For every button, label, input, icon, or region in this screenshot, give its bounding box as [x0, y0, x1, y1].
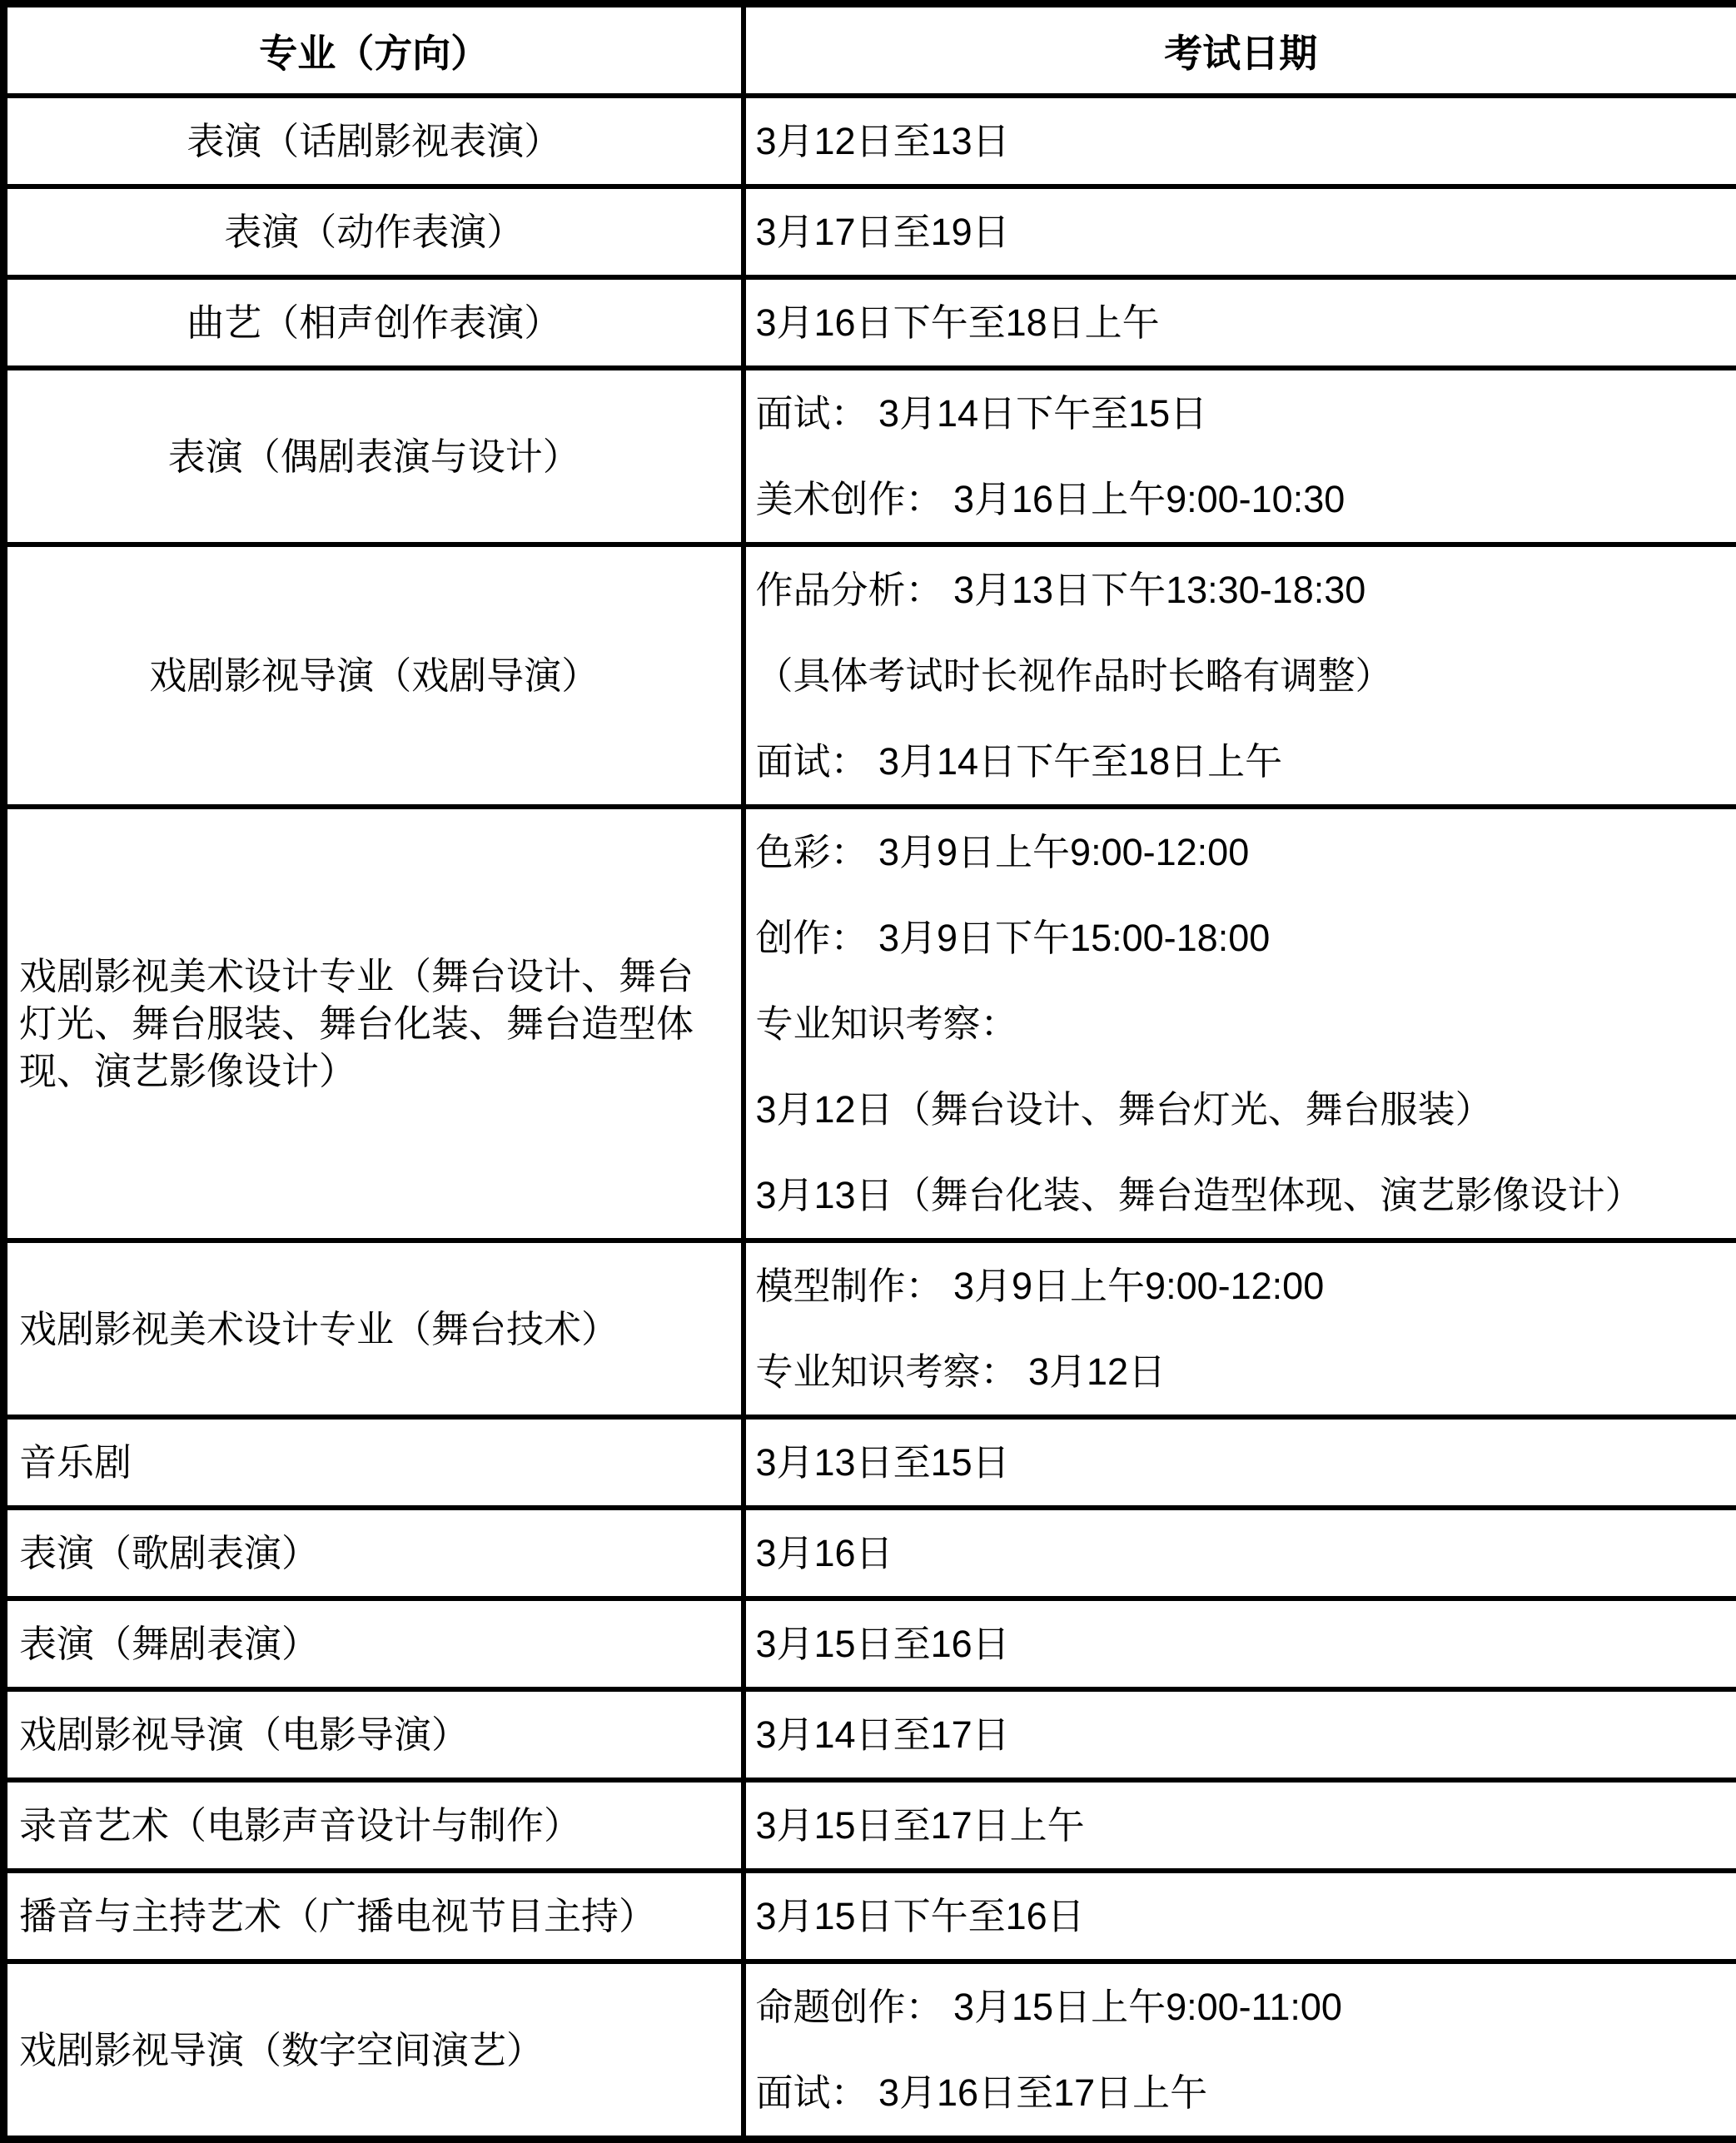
date-line: 面试： 3月14日下午至18日上午	[756, 718, 1727, 804]
date-line: 3月16日	[756, 1510, 1727, 1596]
header-row: 专业（方向） 考试日期	[4, 4, 1736, 97]
date-line: 模型制作： 3月9日上午9:00-12:00	[756, 1243, 1727, 1329]
date-line: 美术创作： 3月16日上午9:00-10:30	[756, 456, 1727, 542]
table-body: 表演（话剧影视表演）3月12日至13日表演（动作表演）3月17日至19日曲艺（相…	[4, 96, 1736, 2140]
major-cell: 表演（偶剧表演与设计）	[4, 368, 744, 544]
date-line: 3月17日至19日	[756, 189, 1727, 275]
major-cell: 表演（话剧影视表演）	[4, 96, 744, 186]
dates-cell: 3月15日至16日	[744, 1599, 1736, 1689]
date-line: 3月15日至17日上午	[756, 1783, 1727, 1868]
table-row: 播音与主持艺术（广播电视节目主持）3月15日下午至16日	[4, 1871, 1736, 1962]
table-row: 表演（动作表演）3月17日至19日	[4, 186, 1736, 277]
date-line: 3月12日至13日	[756, 98, 1727, 184]
table-row: 戏剧影视导演（电影导演）3月14日至17日	[4, 1689, 1736, 1780]
table-row: 戏剧影视美术设计专业（舞台技术）模型制作： 3月9日上午9:00-12:00专业…	[4, 1241, 1736, 1417]
dates-cell: 3月14日至17日	[744, 1689, 1736, 1780]
major-cell: 录音艺术（电影声音设计与制作）	[4, 1780, 744, 1871]
table-row: 录音艺术（电影声音设计与制作）3月15日至17日上午	[4, 1780, 1736, 1871]
table-row: 戏剧影视美术设计专业（舞台设计、舞台灯光、舞台服装、舞台化装、舞台造型体现、演艺…	[4, 807, 1736, 1241]
dates-cell: 色彩： 3月9日上午9:00-12:00创作： 3月9日下午15:00-18:0…	[744, 807, 1736, 1241]
dates-cell: 3月17日至19日	[744, 186, 1736, 277]
major-cell: 表演（舞剧表演）	[4, 1599, 744, 1689]
dates-cell: 3月12日至13日	[744, 96, 1736, 186]
date-line: 色彩： 3月9日上午9:00-12:00	[756, 809, 1727, 895]
exam-schedule-table: 专业（方向） 考试日期 表演（话剧影视表演）3月12日至13日表演（动作表演）3…	[0, 0, 1736, 2143]
table-row: 表演（偶剧表演与设计）面试： 3月14日下午至15日美术创作： 3月16日上午9…	[4, 368, 1736, 544]
table-row: 表演（舞剧表演）3月15日至16日	[4, 1599, 1736, 1689]
dates-cell: 3月15日下午至16日	[744, 1871, 1736, 1962]
dates-cell: 模型制作： 3月9日上午9:00-12:00专业知识考察： 3月12日	[744, 1241, 1736, 1417]
date-line: （具体考试时长视作品时长略有调整）	[756, 633, 1727, 718]
date-line: 3月13日（舞台化装、舞台造型体现、演艺影像设计）	[756, 1152, 1727, 1238]
table-row: 戏剧影视导演（数字空间演艺）命题创作： 3月15日上午9:00-11:00面试：…	[4, 1962, 1736, 2140]
date-line: 作品分析： 3月13日下午13:30-18:30	[756, 547, 1727, 633]
major-cell: 戏剧影视导演（电影导演）	[4, 1689, 744, 1780]
table-row: 表演（话剧影视表演）3月12日至13日	[4, 96, 1736, 186]
major-cell: 戏剧影视导演（数字空间演艺）	[4, 1962, 744, 2140]
major-cell: 曲艺（相声创作表演）	[4, 277, 744, 368]
date-line: 3月12日（舞台设计、舞台灯光、舞台服装）	[756, 1067, 1727, 1152]
date-line: 面试： 3月16日至17日上午	[756, 2050, 1727, 2136]
dates-cell: 3月13日至15日	[744, 1417, 1736, 1508]
major-cell: 戏剧影视美术设计专业（舞台技术）	[4, 1241, 744, 1417]
date-line: 3月13日至15日	[756, 1420, 1727, 1505]
major-cell: 表演（歌剧表演）	[4, 1508, 744, 1599]
date-line: 3月14日至17日	[756, 1692, 1727, 1778]
table-row: 曲艺（相声创作表演）3月16日下午至18日上午	[4, 277, 1736, 368]
date-line: 面试： 3月14日下午至15日	[756, 370, 1727, 456]
major-cell: 表演（动作表演）	[4, 186, 744, 277]
table-header: 专业（方向） 考试日期	[4, 4, 1736, 97]
major-cell: 播音与主持艺术（广播电视节目主持）	[4, 1871, 744, 1962]
major-cell: 戏剧影视导演（戏剧导演）	[4, 544, 744, 807]
dates-cell: 作品分析： 3月13日下午13:30-18:30（具体考试时长视作品时长略有调整…	[744, 544, 1736, 807]
header-major: 专业（方向）	[4, 4, 744, 97]
major-cell: 戏剧影视美术设计专业（舞台设计、舞台灯光、舞台服装、舞台化装、舞台造型体现、演艺…	[4, 807, 744, 1241]
table-row: 表演（歌剧表演）3月16日	[4, 1508, 1736, 1599]
date-line: 3月15日下午至16日	[756, 1873, 1727, 1959]
table-row: 戏剧影视导演（戏剧导演）作品分析： 3月13日下午13:30-18:30（具体考…	[4, 544, 1736, 807]
date-line: 3月16日下午至18日上午	[756, 280, 1727, 365]
header-exam-date: 考试日期	[744, 4, 1736, 97]
date-line: 命题创作： 3月15日上午9:00-11:00	[756, 1964, 1727, 2050]
dates-cell: 3月16日	[744, 1508, 1736, 1599]
dates-cell: 命题创作： 3月15日上午9:00-11:00面试： 3月16日至17日上午	[744, 1962, 1736, 2140]
dates-cell: 3月16日下午至18日上午	[744, 277, 1736, 368]
major-cell: 音乐剧	[4, 1417, 744, 1508]
table-row: 音乐剧3月13日至15日	[4, 1417, 1736, 1508]
dates-cell: 面试： 3月14日下午至15日美术创作： 3月16日上午9:00-10:30	[744, 368, 1736, 544]
date-line: 3月15日至16日	[756, 1601, 1727, 1687]
date-line: 创作： 3月9日下午15:00-18:00	[756, 895, 1727, 981]
dates-cell: 3月15日至17日上午	[744, 1780, 1736, 1871]
date-line: 专业知识考察： 3月12日	[756, 1329, 1727, 1415]
date-line: 专业知识考察：	[756, 981, 1727, 1067]
